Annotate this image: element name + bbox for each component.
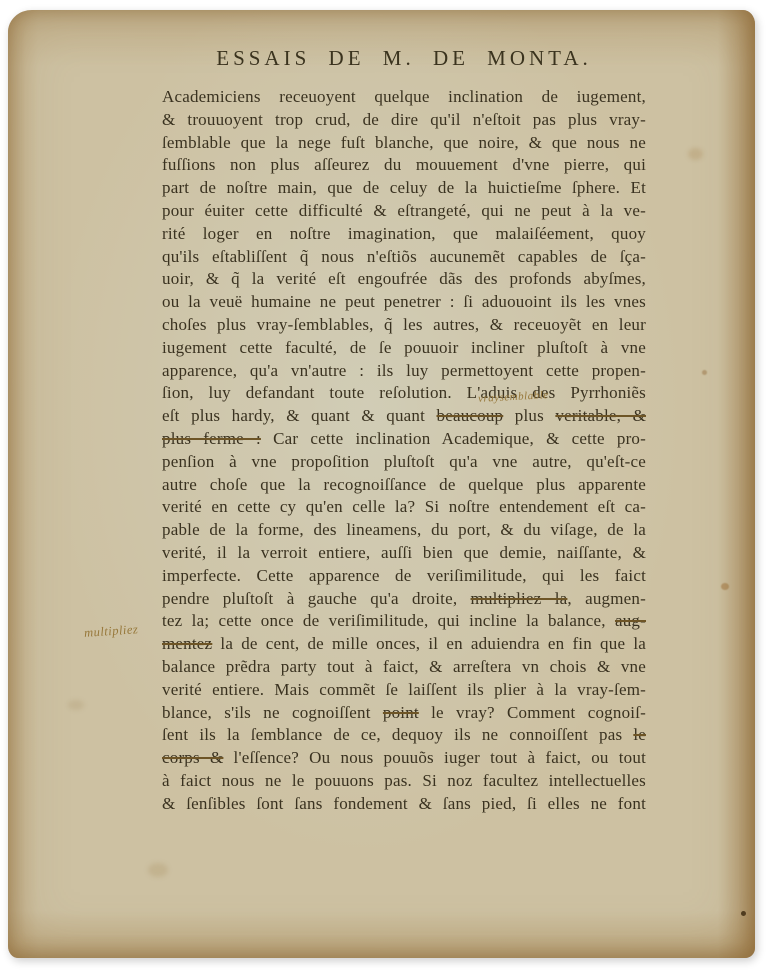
text-line: verité en cette cy qu'en celle la? Si no…: [162, 496, 646, 519]
text-line: pable de la forme, des lineamens, du por…: [162, 519, 646, 542]
text-line: imperfecte. Cette apparence de veriſimil…: [162, 565, 646, 588]
struck-text: aug-: [615, 611, 646, 630]
handwritten-correction-multipliez: multipliez: [84, 623, 139, 639]
text-line: à faict nous ne le pouuons pas. Si noz f…: [162, 770, 646, 793]
text-line: verité entiere. Mais commẽt ſe laiſſent …: [162, 679, 646, 702]
text-line: & ſenſibles ſont ſans fondement & ſans p…: [162, 793, 646, 816]
text-line: iugement cette faculté, de ſe pouuoir in…: [162, 337, 646, 360]
text-line: verité, il la verroit entiere, auſſi bie…: [162, 542, 646, 565]
text-line: part de noſtre main, que de celuy de la …: [162, 177, 646, 200]
ink-speck: [741, 911, 746, 916]
text-line: ſent ils la ſemblance de ce, dequoy ils …: [162, 724, 646, 747]
text-block: Academiciens receuoyent quelque inclinat…: [162, 86, 646, 816]
paper-stain: [148, 863, 168, 877]
text-line: apparence, qu'a vn'autre : ils luy perme…: [162, 360, 646, 383]
foxing-spot: [688, 148, 703, 160]
text-line: ou la veuë humaine ne peut penetrer : ſi…: [162, 291, 646, 314]
text-line: eſt plus hardy, & quant & quant beaucoup…: [162, 405, 646, 428]
struck-text: le: [633, 725, 646, 744]
text-line: autre choſe que la recognoiſſance de que…: [162, 474, 646, 497]
running-title: ESSAIS DE M. DE MONTA.: [162, 46, 646, 71]
struck-text: corps &: [162, 748, 223, 767]
text-line: blance, s'ils ne cognoiſſent point le vr…: [162, 702, 646, 725]
struck-text: multipliez la: [471, 589, 568, 608]
text-line: qu'ils eſtabliſſent q̃ nous n'eſtiõs auc…: [162, 246, 646, 269]
struck-text: plus ferme :: [162, 429, 261, 448]
struck-text: mentez: [162, 634, 212, 653]
text-line: choſes plus vray-ſemblables, q̃ les autr…: [162, 314, 646, 337]
text-line: rité loger en noſtre imagination, que ma…: [162, 223, 646, 246]
text-line: pour éuiter cette difficulté & eſtranget…: [162, 200, 646, 223]
foxing-spot: [721, 583, 729, 590]
text-line: penſion à vne propoſition pluſtoſt qu'a …: [162, 451, 646, 474]
text-line: ſemblable que la nege fuſt blanche, que …: [162, 132, 646, 155]
text-lines: Academiciens receuoyent quelque inclinat…: [162, 86, 646, 816]
text-line: & trouuoyent trop crud, de dire qu'il n'…: [162, 109, 646, 132]
book-page: ESSAIS DE M. DE MONTA. Academiciens rece…: [8, 10, 755, 958]
struck-text: beaucoup: [437, 406, 504, 425]
text-line: corps & l'eſſence? Ou nous pouuõs iuger …: [162, 747, 646, 770]
struck-text: veritable, &: [555, 406, 646, 425]
text-line: uoir, & q̃ la verité eſt engoufrée dãs d…: [162, 268, 646, 291]
text-line: tez la; cette once de veriſimilitude, qu…: [162, 610, 646, 633]
foxing-spot: [702, 370, 707, 375]
text-line: pendre pluſtoſt à gauche qu'a droite, mu…: [162, 588, 646, 611]
struck-text: point: [383, 703, 419, 722]
text-line: balance prẽdra party tout à faict, & arr…: [162, 656, 646, 679]
text-line: plus ferme : Car cette inclination Acade…: [162, 428, 646, 451]
text-line: mentez la de cent, de mille onces, il en…: [162, 633, 646, 656]
paper-stain: [68, 700, 84, 710]
text-line: fuſſions non plus aſſeurez du mouuement …: [162, 154, 646, 177]
text-line: Academiciens receuoyent quelque inclinat…: [162, 86, 646, 109]
text-line: ſion, luy defandant toute reſolution. L'…: [162, 382, 646, 405]
